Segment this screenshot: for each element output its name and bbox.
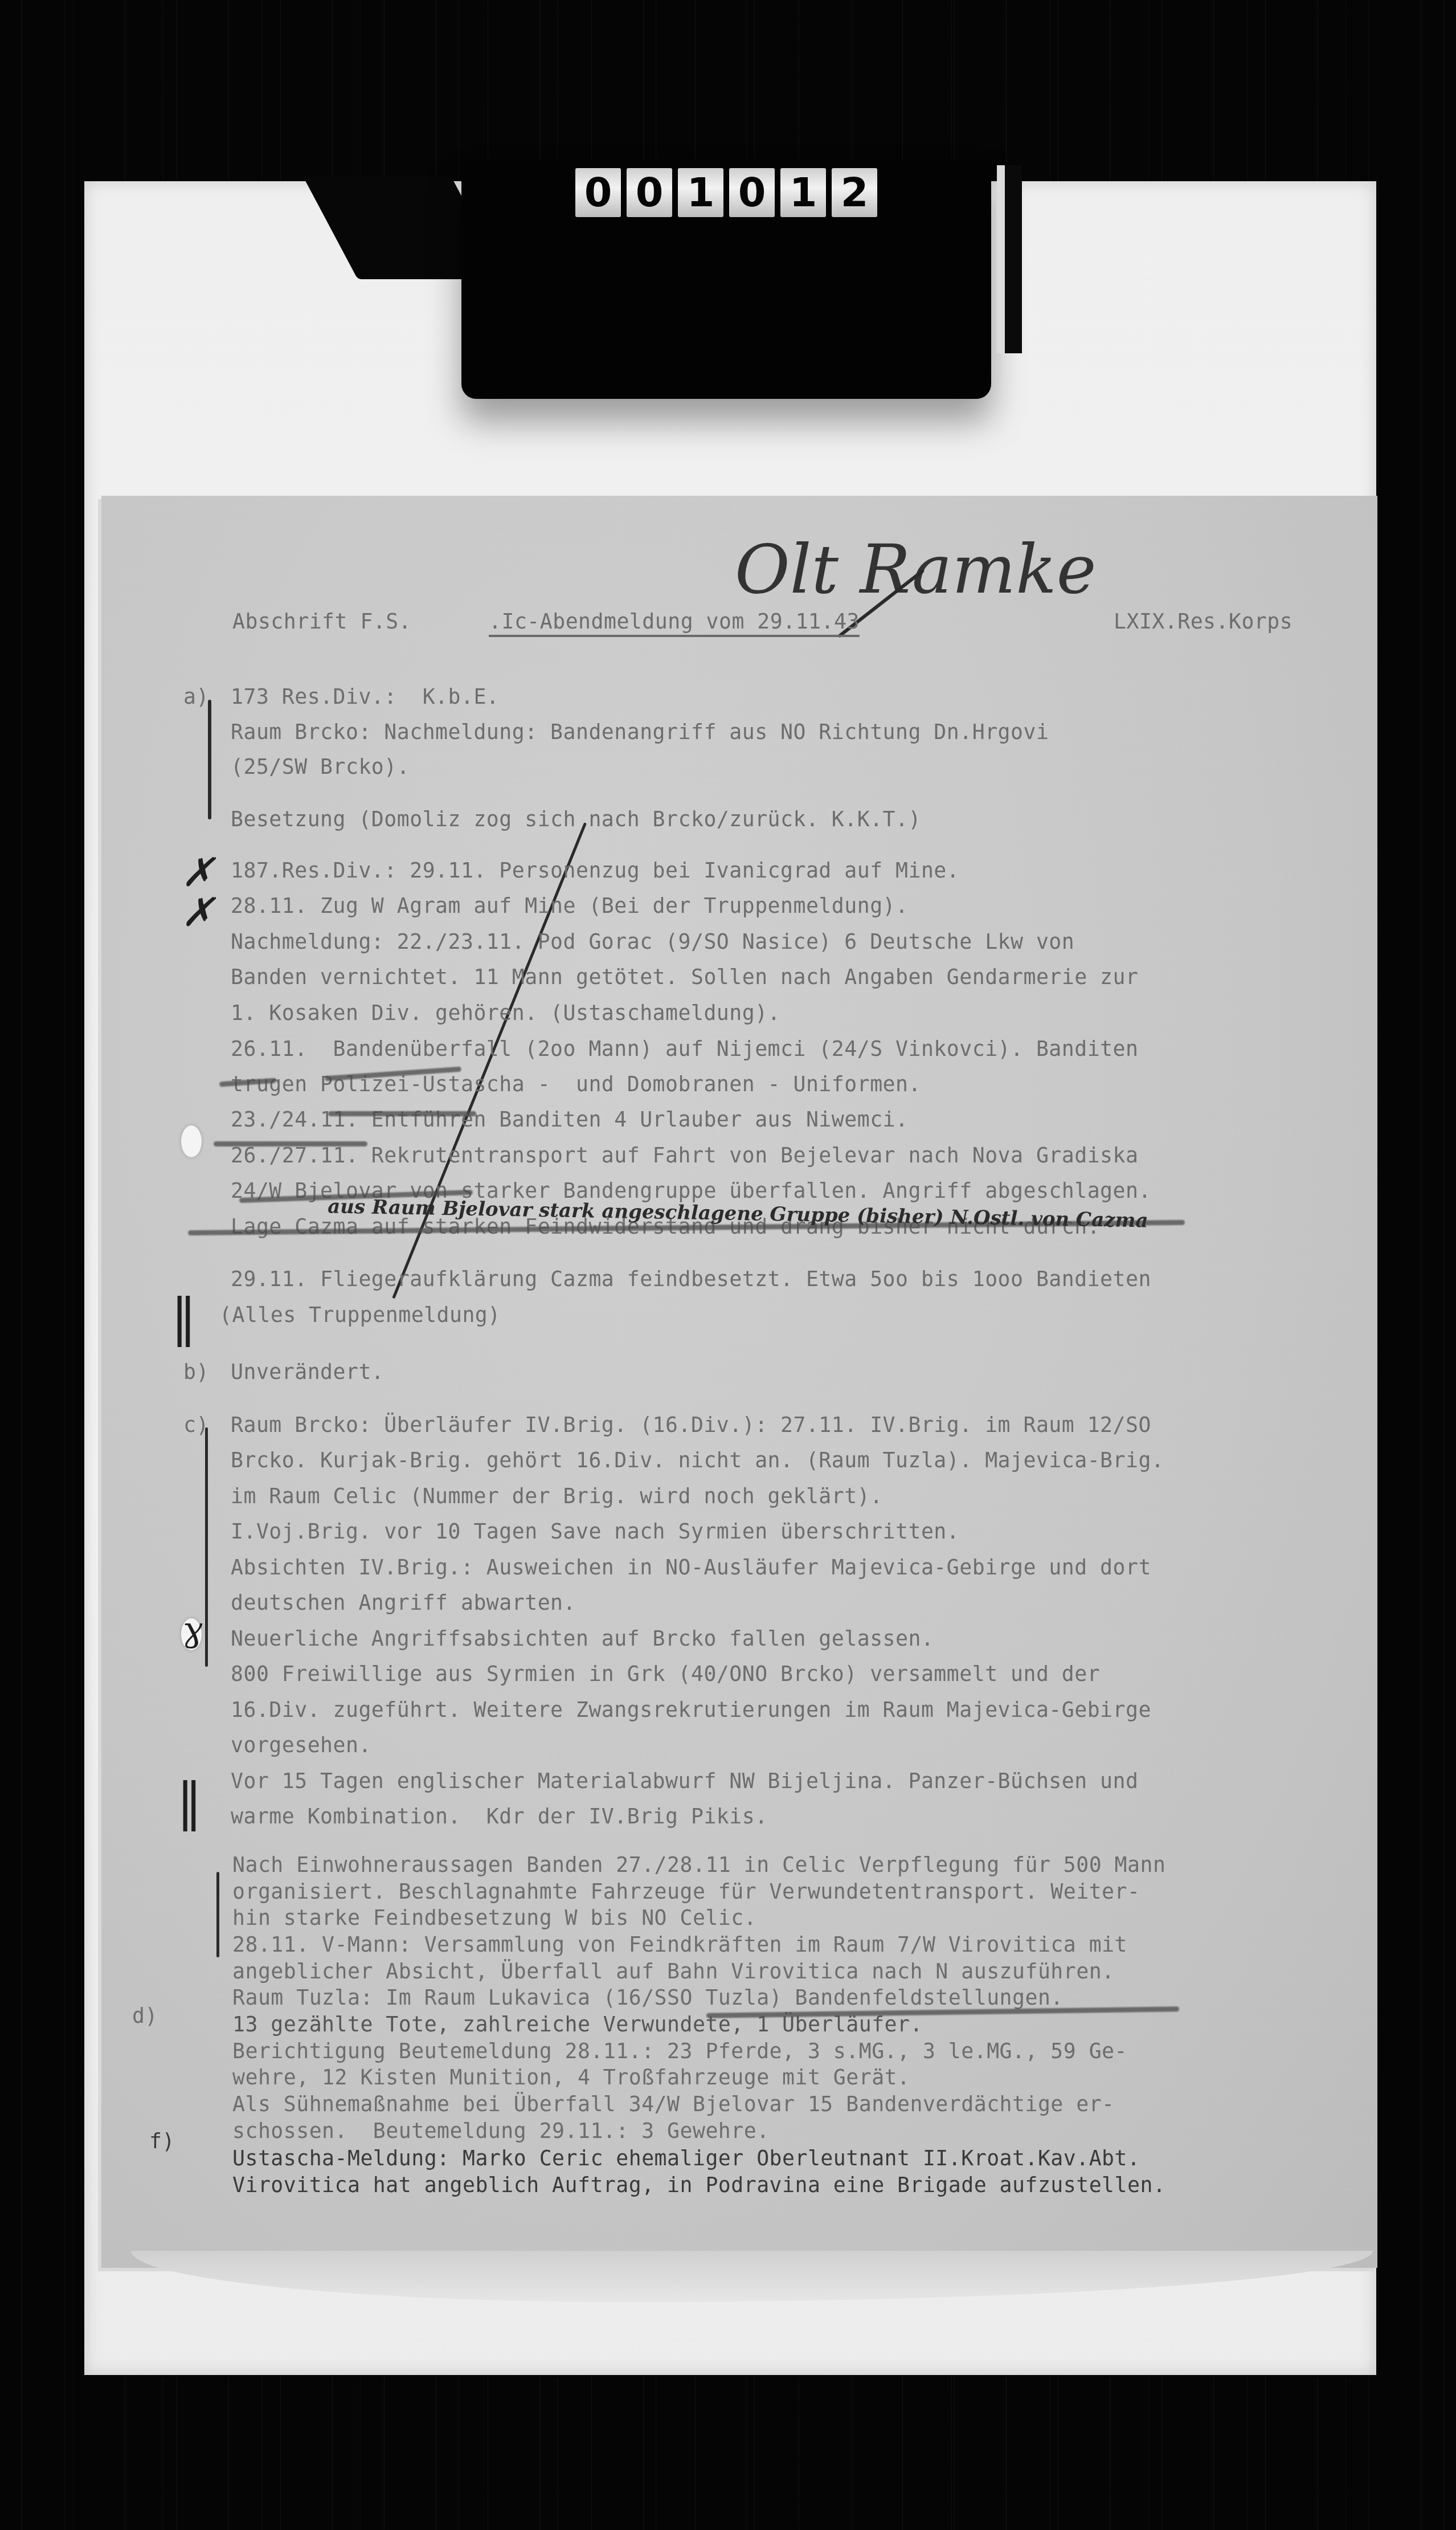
counter-side-bar (997, 165, 1022, 353)
margin-bar (216, 1872, 219, 1957)
text-line: wehre, 12 Kisten Munition, 4 Troßfahrzeu… (232, 2064, 910, 2090)
text-line: 800 Freiwillige aus Syrmien in Grk (40/O… (231, 1661, 1100, 1686)
text-line: 29.11. Fliegeraufklärung Cazma feindbese… (231, 1266, 1151, 1291)
text-line: angeblicher Absicht, Überfall auf Bahn V… (232, 1958, 1115, 1984)
counter-digit: 0 (575, 168, 621, 217)
section-label-a: a) (183, 684, 209, 709)
section-label-d: d) (132, 2003, 158, 2028)
punch-hole (181, 1125, 202, 1157)
text-line: Neuerliche Angriffsabsichten auf Brcko f… (231, 1626, 934, 1651)
text-line: 23./24.11. Entführen Banditen 4 Urlauber… (231, 1107, 908, 1132)
text-line: Banden vernichtet. 11 Mann getötet. Soll… (231, 964, 1138, 989)
text-line: Besetzung (Domoliz zog sich nach Brcko/z… (231, 806, 921, 831)
text-line: (Alles Truppenmeldung) (219, 1302, 501, 1327)
margin-bar (205, 1427, 208, 1667)
counter-digit: 0 (729, 168, 775, 217)
text-line: im Raum Celic (Nummer der Brig. wird noc… (231, 1483, 883, 1508)
double-bar-mark: ‖ (171, 1288, 197, 1348)
text-line: Nachmeldung: 22./23.11. Pod Gorac (9/SO … (231, 929, 1074, 954)
frame-counter: 0 0 1 0 1 2 (575, 168, 877, 217)
text-line: 1. Kosaken Div. gehören. (Ustaschameldun… (231, 1000, 780, 1025)
text-line: 28.11. Zug W Agram auf Mine (Bei der Tru… (231, 893, 908, 918)
text-line: Absichten IV.Brig.: Ausweichen in NO-Aus… (231, 1554, 1151, 1580)
pencil-underline (214, 1141, 367, 1146)
text-line: Brcko. Kurjak-Brig. gehört 16.Div. nicht… (231, 1447, 1164, 1472)
text-line: I.Voj.Brig. vor 10 Tagen Save nach Syrmi… (231, 1519, 959, 1544)
text-line: 187.Res.Div.: 29.11. Personenzug bei Iva… (231, 858, 959, 883)
text-line: Unverändert. (231, 1359, 384, 1384)
text-line: 26.11. Bandenüberfall (2oo Mann) auf Nij… (231, 1036, 1138, 1061)
text-line: warme Kombination. Kdr der IV.Brig Pikis… (231, 1803, 768, 1829)
text-line: (25/SW Brcko). (231, 754, 410, 779)
text-line: Virovitica hat angeblich Auftrag, in Pod… (232, 2172, 1165, 2197)
counter-digit: 1 (678, 168, 723, 217)
loop-mark: ɣ (182, 1610, 203, 1650)
text-line: Berichtigung Beutemeldung 28.11.: 23 Pfe… (232, 2038, 1127, 2063)
text-line: organisiert. Beschlagnahmte Fahrzeuge fü… (232, 1879, 1140, 1904)
margin-bar (208, 700, 211, 819)
counter-digit: 2 (832, 168, 877, 217)
text-line: deutschen Angriff abwarten. (231, 1590, 576, 1615)
text-line: hin starke Feindbesetzung W bis NO Celic… (232, 1905, 756, 1930)
text-line: Ustascha-Meldung: Marko Ceric ehemaliger… (232, 2145, 1140, 2170)
section-label-b: b) (183, 1359, 209, 1384)
text-line: 16.Div. zugeführt. Weitere Zwangsrekruti… (231, 1697, 1151, 1722)
header-left: Abschrift F.S. (232, 609, 411, 634)
text-line: Raum Brcko: Nachmeldung: Bandenangriff a… (231, 719, 1049, 744)
text-line: Nach Einwohneraussagen Banden 27./28.11 … (232, 1852, 1165, 1877)
counter-digit: 0 (627, 168, 672, 217)
check-mark: ✗ (181, 889, 215, 936)
section-label-f: f) (149, 2128, 175, 2153)
text-line: Raum Brcko: Überläufer IV.Brig. (16.Div.… (231, 1412, 1151, 1437)
text-line: schossen. Beutemeldung 29.11.: 3 Gewehre… (232, 2118, 770, 2143)
text-line: vorgesehen. (231, 1732, 371, 1757)
text-line: 28.11. V-Mann: Versammlung von Feindkräf… (232, 1932, 1127, 1957)
counter-digit: 1 (780, 168, 826, 217)
text-line: Vor 15 Tagen englischer Materialabwurf N… (231, 1768, 1138, 1793)
header-title: .Ic-Abendmeldung vom 29.11.43 (489, 609, 860, 637)
text-line: Raum Tuzla: Im Raum Lukavica (16/SSO Tuz… (232, 1985, 1064, 2010)
pencil-underline (328, 1111, 476, 1116)
text-line: Als Sühnemaßnahme bei Überfall 34/W Bjel… (232, 2091, 1115, 2116)
header-right: LXIX.Res.Korps (1114, 609, 1293, 634)
double-bar-mark: ‖ (177, 1772, 202, 1832)
handwritten-header: Olt Ramke (735, 530, 1097, 609)
text-line: 13 gezählte Tote, zahlreiche Verwundete,… (232, 2011, 923, 2037)
text-line: 26./27.11. Rekrutentransport auf Fahrt v… (231, 1142, 1138, 1168)
text-line: 173 Res.Div.: K.b.E. (231, 684, 499, 709)
